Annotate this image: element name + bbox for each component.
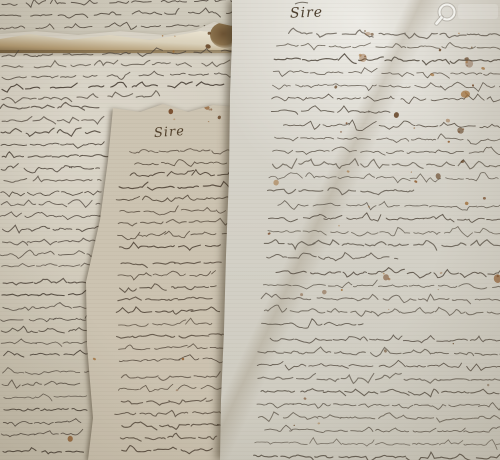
torn-edge-shadow [0, 50, 248, 57]
handwriting-right [0, 0, 500, 460]
sheet-left-wrap [0, 0, 500, 460]
torn-curled-edge [0, 31, 250, 53]
sheet-right: Sire [0, 0, 500, 460]
sheet-middle-wrap: Sire [0, 0, 500, 460]
magnifier-icon[interactable] [430, 0, 470, 34]
sheet-top-left-wrap [0, 0, 500, 460]
manuscripts-photo: Sire Sire [0, 0, 500, 460]
right-sheet-heading: Sire [290, 4, 324, 21]
photo-vignette [0, 0, 500, 460]
sheet-top-left [0, 0, 500, 460]
handwriting-top-left [0, 0, 500, 460]
sheet-right-wrap: Sire [0, 0, 500, 460]
sheet-middle: Sire [0, 0, 500, 460]
handwriting-middle [0, 0, 500, 460]
sheet-left [0, 0, 500, 460]
middle-sheet-heading: Sire [154, 124, 186, 141]
handwriting-left [0, 0, 500, 460]
torn-corner-stain [210, 22, 240, 48]
